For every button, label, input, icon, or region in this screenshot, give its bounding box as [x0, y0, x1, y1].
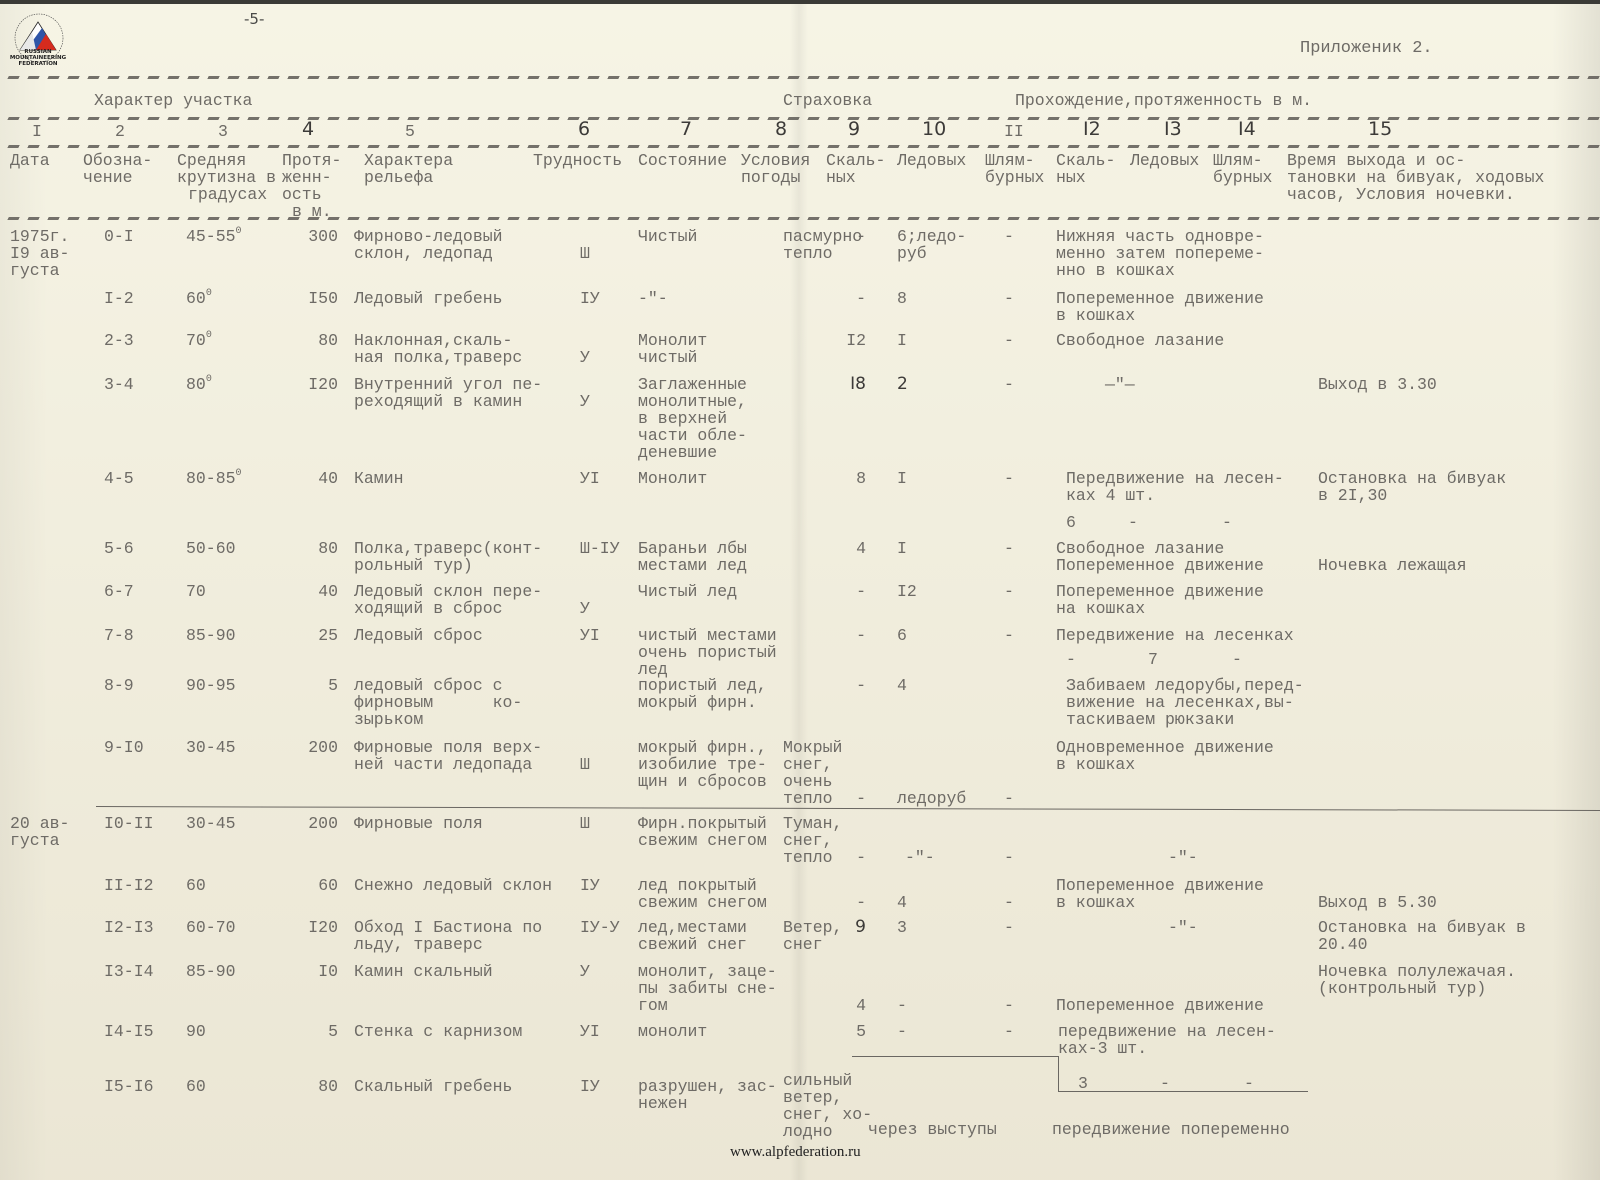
column-header: Трудность — [533, 152, 622, 169]
cell-rock-belay: 8 — [856, 470, 866, 487]
cell-ice-belay: - — [897, 997, 907, 1014]
day-separator — [96, 806, 1600, 811]
cell-length: I50 — [308, 290, 338, 307]
cell-relief: Фирново-ледовый — [354, 228, 503, 245]
cell-ice-belay: 3 — [897, 919, 907, 936]
cell-ice-belay: - — [897, 1023, 907, 1040]
cell-length: 5 — [328, 677, 338, 694]
cell-state: щин и сбросов — [638, 773, 767, 790]
cell-segment: 5-6 — [104, 540, 134, 557]
column-header: Время выхода и ос- — [1287, 152, 1465, 169]
dashed-rule — [7, 76, 1600, 79]
cell-rock-belay: - — [856, 790, 866, 807]
cell-date: I9 ав- — [10, 245, 69, 262]
cell-passage: Забиваем ледорубы,перед- — [1066, 677, 1304, 694]
cell-passage: передвижение на лесен- — [1058, 1023, 1276, 1040]
cell-passage-distance: - — [1244, 1075, 1254, 1092]
column-header: ость — [282, 186, 322, 203]
cell-ice-belay: I — [897, 540, 907, 557]
cell-segment: I0-II — [104, 815, 154, 832]
cell-passage: менно затем попереме- — [1056, 245, 1264, 262]
cell-state: гом — [638, 997, 668, 1014]
cell-rock-belay: 9 — [855, 917, 866, 937]
cell-passage: —"— — [1105, 376, 1135, 393]
cell-passage: ках-3 шт. — [1058, 1040, 1147, 1057]
column-header: женн- — [282, 169, 332, 186]
cell-difficulty: IУ-У — [580, 919, 620, 936]
cell-shlyamburnyh-belay: - — [1004, 376, 1014, 393]
cell-state: нежен — [638, 1095, 688, 1112]
cell-state: мокрый фирн., — [638, 739, 767, 756]
cell-difficulty: IУ — [580, 290, 600, 307]
cell-relief: Камин — [354, 470, 404, 487]
appendix-label: Приложеник 2. — [1300, 39, 1433, 58]
cell-weather: снег, — [783, 756, 833, 773]
column-header: чение — [83, 169, 133, 186]
cell-ice-belay: ледоруб — [897, 790, 966, 807]
cell-relief: реходящий в камин — [354, 393, 522, 410]
cell-passage: Свободное лазание — [1056, 332, 1224, 349]
cell-notes: в 2I,30 — [1318, 487, 1387, 504]
column-header: погоды — [741, 169, 800, 186]
cell-shlyamburnyh-belay: - — [1004, 849, 1014, 866]
cell-segment: I4-I5 — [104, 1023, 154, 1040]
cell-state: деневшие — [638, 444, 717, 461]
column-header: тановки на бивуак, ходовых — [1287, 169, 1544, 186]
cell-length: 40 — [318, 470, 338, 487]
cell-state: изобилие тре- — [638, 756, 767, 773]
cell-ice-belay: I — [897, 332, 907, 349]
column-number: 4 — [302, 118, 314, 140]
column-header: ных — [1056, 169, 1086, 186]
cell-angle: 60 — [186, 877, 206, 894]
cell-weather: снег — [783, 936, 823, 953]
cell-ice-belay: 2 — [897, 374, 908, 394]
cell-passage: Попеременное движение — [1056, 583, 1264, 600]
cell-difficulty: Ш — [580, 756, 590, 773]
cell-shlyamburnyh-belay: - — [1004, 1023, 1014, 1040]
column-header: Шлям- — [985, 152, 1035, 169]
cell-relief: зырьком — [354, 711, 423, 728]
cell-weather: сильный — [783, 1072, 852, 1089]
cell-ice-belay: 6;ледо- — [897, 228, 966, 245]
cell-weather: снег, — [783, 832, 833, 849]
column-number: I — [32, 123, 42, 140]
cell-rock-belay: 5 — [856, 1023, 866, 1040]
cell-angle: 800 — [186, 376, 212, 393]
cell-passage-distance: 7 — [1148, 651, 1158, 668]
group-header-belay: Страховка — [783, 92, 872, 109]
cell-difficulty: УI — [580, 627, 600, 644]
column-header: бурных — [1213, 169, 1272, 186]
cell-state: Фирн.покрытый — [638, 815, 767, 832]
cell-segment: I-2 — [104, 290, 134, 307]
column-header: градусах — [188, 186, 267, 203]
cell-shlyamburnyh-belay: - — [1004, 332, 1014, 349]
cell-weather: ветер, — [783, 1089, 842, 1106]
cell-ice-belay: I — [897, 470, 907, 487]
cell-relief: Стенка с карнизом — [354, 1023, 522, 1040]
cell-shlyamburnyh-belay: - — [1004, 790, 1014, 807]
cell-passage: Передвижение на лесенках — [1056, 627, 1294, 644]
column-number: 8 — [775, 118, 787, 140]
cell-passage: Попеременное движение — [1056, 877, 1264, 894]
column-header: Дата — [10, 152, 50, 169]
cell-notes: 20.40 — [1318, 936, 1368, 953]
cell-state: монолит — [638, 1023, 707, 1040]
cell-rock-belay: - — [856, 290, 866, 307]
column-number: 9 — [848, 118, 860, 140]
column-header: Характера — [364, 152, 453, 169]
cell-state: свежий снег — [638, 936, 747, 953]
column-header: Условия — [741, 152, 810, 169]
cell-length: 80 — [318, 1078, 338, 1095]
column-header: крутизна в — [177, 169, 276, 186]
cell-difficulty: У — [580, 393, 590, 410]
column-header: Скаль- — [826, 152, 885, 169]
cell-notes: (контрольный тур) — [1318, 980, 1486, 997]
cell-notes: Остановка на бивуак — [1318, 470, 1506, 487]
cell-passage: -"- — [1168, 919, 1198, 936]
cell-passage: Попеременное движение — [1056, 997, 1264, 1014]
cell-passage: Свободное лазание — [1056, 540, 1224, 557]
cell-length: 300 — [308, 228, 338, 245]
cell-passage-distance: - — [1066, 651, 1076, 668]
cell-ice-belay: I2 — [897, 583, 917, 600]
column-number: I2 — [1083, 118, 1101, 140]
cell-segment: 4-5 — [104, 470, 134, 487]
cell-difficulty: УI — [580, 470, 600, 487]
cell-state: лед,местами — [638, 919, 747, 936]
cell-shlyamburnyh-belay: - — [1004, 627, 1014, 644]
cell-state: пы забиты сне- — [638, 980, 777, 997]
column-header: рельефа — [364, 169, 433, 186]
cell-date: 1975г. — [10, 228, 69, 245]
cell-difficulty: Ш — [580, 815, 590, 832]
cell-weather: тепло — [783, 849, 833, 866]
logo-caption: RUSSIAN MOUNTAINEERING FEDERATION — [4, 49, 72, 67]
column-number: 2 — [115, 123, 125, 140]
cell-relief: Наклонная,скаль- — [354, 332, 512, 349]
cell-state: чистый местами — [638, 627, 777, 644]
cell-passage: ках 4 шт. — [1066, 487, 1155, 504]
cell-difficulty: Ш — [580, 245, 590, 262]
cell-state: в верхней — [638, 410, 727, 427]
cell-angle: 80-850 — [186, 470, 242, 487]
cell-relief: склон, ледопад — [354, 245, 493, 262]
column-header: в м. — [292, 203, 332, 220]
dashed-rule — [7, 145, 1600, 148]
cell-weather: очень — [783, 773, 833, 790]
page-number: -5- — [244, 10, 264, 28]
cell-length: 200 — [308, 815, 338, 832]
cell-relief: Фирновые поля — [354, 815, 483, 832]
cell-angle: 700 — [186, 332, 212, 349]
column-header: Протя- — [282, 152, 341, 169]
cell-state: монолит, заце- — [638, 963, 777, 980]
cell-angle: 85-90 — [186, 963, 236, 980]
cell-segment: I3-I4 — [104, 963, 154, 980]
column-header: Ледовых — [1130, 152, 1199, 169]
cell-weather: Туман, — [783, 815, 842, 832]
cell-angle: 45-550 — [186, 228, 242, 245]
cell-state: монолитные, — [638, 393, 747, 410]
cell-relief: ней части ледопада — [354, 756, 532, 773]
cell-rock-belay: - — [856, 677, 866, 694]
column-header: Ледовых — [897, 152, 966, 169]
cell-state: Монолит — [638, 332, 707, 349]
column-header: Состояние — [638, 152, 727, 169]
cell-rock-belay: I8 — [850, 374, 866, 394]
cell-relief: Фирновые поля верх- — [354, 739, 542, 756]
cell-weather: Мокрый — [783, 739, 842, 756]
cell-segment: II-I2 — [104, 877, 154, 894]
column-number: I3 — [1164, 118, 1182, 140]
cell-rock-belay: 4 — [856, 997, 866, 1014]
cell-weather: снег, хо- — [783, 1106, 872, 1123]
cell-notes: Остановка на бивуак в — [1318, 919, 1526, 936]
column-number: I4 — [1238, 118, 1256, 140]
cell-relief: Обход I Бастиона по — [354, 919, 542, 936]
cell-notes: Ночевка полулежачая. — [1318, 963, 1516, 980]
cell-passage: вижение на лесенках,вы- — [1066, 694, 1294, 711]
column-header: Шлям- — [1213, 152, 1263, 169]
cell-angle: 60-70 — [186, 919, 236, 936]
group-header-passage: Прохождение,протяженность в м. — [1015, 92, 1312, 109]
cell-length: 25 — [318, 627, 338, 644]
cell-relief: ходящий в сброс — [354, 600, 503, 617]
cell-angle: 90-95 — [186, 677, 236, 694]
cell-shlyamburnyh-belay: - — [1004, 583, 1014, 600]
cell-state: чистый — [638, 349, 697, 366]
degree-mark: 0 — [236, 226, 242, 237]
cell-relief: Ледовый сброс — [354, 627, 483, 644]
cell-shlyamburnyh-belay: - — [1004, 470, 1014, 487]
cell-notes: Ночевка лежащая — [1318, 557, 1467, 574]
annotation-line — [1058, 1091, 1308, 1092]
cell-rock-belay: - — [856, 583, 866, 600]
cell-segment: 2-3 — [104, 332, 134, 349]
cell-relief: Полка,траверс(конт- — [354, 540, 542, 557]
column-header: Средняя — [177, 152, 246, 169]
cell-state: лед покрытый — [638, 877, 757, 894]
cell-segment: 7-8 — [104, 627, 134, 644]
cell-angle: 50-60 — [186, 540, 236, 557]
cell-angle: 60 — [186, 1078, 206, 1095]
cell-passage: Попеременное движение — [1056, 557, 1264, 574]
cell-passage: в кошках — [1056, 756, 1135, 773]
column-number: 7 — [680, 118, 692, 140]
cell-weather: лодно — [783, 1123, 833, 1140]
cell-state: пористый лед, — [638, 677, 767, 694]
annotation-line — [1058, 1056, 1059, 1091]
cell-angle: 85-90 — [186, 627, 236, 644]
cell-state: свежим снегом — [638, 832, 767, 849]
cell-passage: на кошках — [1056, 600, 1145, 617]
cell-ice-belay: 4 — [897, 677, 907, 694]
cell-date: 20 ав- — [10, 815, 69, 832]
cell-length: 5 — [328, 1023, 338, 1040]
cell-state: Чистый — [638, 228, 697, 245]
annotation-line — [852, 1056, 1058, 1057]
cell-length: 200 — [308, 739, 338, 756]
cell-state: свежим снегом — [638, 894, 767, 911]
degree-mark: 0 — [206, 374, 212, 385]
cell-ice-belay: через выступы — [868, 1121, 997, 1138]
cell-segment: I2-I3 — [104, 919, 154, 936]
cell-shlyamburnyh-belay: - — [1004, 540, 1014, 557]
dashed-rule — [7, 217, 1600, 220]
cell-passage: -"- — [1168, 849, 1198, 866]
group-header-section: Характер участка — [94, 92, 252, 109]
column-header: Обозна- — [83, 152, 152, 169]
cell-segment: 3-4 — [104, 376, 134, 393]
cell-state: Заглаженные — [638, 376, 747, 393]
cell-weather: Ветер, — [783, 919, 842, 936]
cell-weather: пасмурно — [783, 228, 862, 245]
cell-segment: 0-I — [104, 228, 134, 245]
cell-length: I20 — [308, 919, 338, 936]
cell-passage: Нижняя часть одновре- — [1056, 228, 1264, 245]
cell-angle: 90 — [186, 1023, 206, 1040]
dashed-rule — [7, 117, 1600, 120]
cell-relief: Внутренний угол пе- — [354, 376, 542, 393]
cell-difficulty: УI — [580, 1023, 600, 1040]
cell-passage-distance: 3 — [1078, 1075, 1088, 1092]
degree-mark: 0 — [206, 330, 212, 341]
cell-rock-belay: - — [856, 849, 866, 866]
document-page: RUSSIAN MOUNTAINEERING FEDERATION -5- Пр… — [0, 4, 1600, 1180]
cell-state: Монолит — [638, 470, 707, 487]
cell-angle: 600 — [186, 290, 212, 307]
cell-shlyamburnyh-belay: - — [1004, 894, 1014, 911]
cell-notes: Выход в 5.30 — [1318, 894, 1437, 911]
cell-relief: Камин скальный — [354, 963, 493, 980]
cell-ice-belay: 4 — [897, 894, 907, 911]
cell-difficulty: У — [580, 349, 590, 366]
logo-line: FEDERATION — [4, 61, 72, 67]
cell-relief: Снежно ледовый склон — [354, 877, 552, 894]
cell-passage-distance: - — [1232, 651, 1242, 668]
cell-rock-belay: 4 — [856, 540, 866, 557]
cell-passage: Одновременное движение — [1056, 739, 1274, 756]
cell-difficulty: Ш-IУ — [580, 540, 620, 557]
cell-shlyamburnyh-belay: - — [1004, 919, 1014, 936]
cell-weather: тепло — [783, 245, 833, 262]
cell-relief: фирновым ко- — [354, 694, 522, 711]
cell-state: Бараньи лбы — [638, 540, 747, 557]
cell-passage-distance: - — [1128, 514, 1138, 531]
cell-difficulty: У — [580, 600, 590, 617]
column-number: 3 — [218, 123, 228, 140]
cell-segment: 6-7 — [104, 583, 134, 600]
cell-passage: в кошках — [1056, 894, 1135, 911]
cell-passage: в кошках — [1056, 307, 1135, 324]
column-header: Скаль- — [1056, 152, 1115, 169]
footer-url: www.alpfederation.ru — [730, 1144, 861, 1161]
cell-angle: 30-45 — [186, 739, 236, 756]
cell-shlyamburnyh-belay: - — [1004, 997, 1014, 1014]
cell-ice-belay: руб — [897, 245, 927, 262]
cell-relief: Скальный гребень — [354, 1078, 512, 1095]
cell-passage: нно в кошках — [1056, 262, 1175, 279]
column-number: 5 — [405, 123, 415, 140]
cell-rock-belay: I2 — [846, 332, 866, 349]
cell-relief: Ледовый гребень — [354, 290, 503, 307]
cell-rock-belay: - — [856, 228, 866, 245]
cell-state: -"- — [638, 290, 668, 307]
cell-segment: 8-9 — [104, 677, 134, 694]
cell-relief: ная полка,траверс — [354, 349, 522, 366]
cell-relief: Ледовый склон пере- — [354, 583, 542, 600]
cell-shlyamburnyh-belay: - — [1004, 290, 1014, 307]
cell-ice-belay: -"- — [905, 849, 935, 866]
degree-mark: 0 — [206, 288, 212, 299]
column-number: 10 — [922, 118, 946, 140]
cell-notes: Выход в 3.30 — [1318, 376, 1437, 393]
cell-date: густа — [10, 262, 60, 279]
cell-state: разрушен, зас- — [638, 1078, 777, 1095]
cell-rock-belay: - — [856, 627, 866, 644]
cell-difficulty: У — [580, 963, 590, 980]
column-number: 15 — [1368, 118, 1392, 140]
cell-weather: тепло — [783, 790, 833, 807]
cell-passage: передвижение попеременно — [1052, 1121, 1290, 1138]
cell-relief: льду, траверс — [354, 936, 483, 953]
cell-difficulty: IУ — [580, 877, 600, 894]
column-number: 6 — [578, 118, 590, 140]
cell-ice-belay: 6 — [897, 627, 907, 644]
cell-length: 80 — [318, 332, 338, 349]
cell-passage-distance: - — [1222, 514, 1232, 531]
cell-length: I0 — [318, 963, 338, 980]
cell-date: густа — [10, 832, 60, 849]
column-header: бурных — [985, 169, 1044, 186]
cell-rock-belay: - — [856, 894, 866, 911]
cell-passage-distance: 6 — [1066, 514, 1076, 531]
cell-state: Чистый лед — [638, 583, 737, 600]
cell-passage-distance: - — [1160, 1075, 1170, 1092]
cell-segment: I5-I6 — [104, 1078, 154, 1095]
cell-length: I20 — [308, 376, 338, 393]
cell-state: местами лед — [638, 557, 747, 574]
cell-segment: 9-I0 — [104, 739, 144, 756]
column-header: часов, Условия ночевки. — [1287, 186, 1515, 203]
cell-passage: Передвижение на лесен- — [1066, 470, 1284, 487]
cell-shlyamburnyh-belay: - — [1004, 228, 1014, 245]
cell-angle: 70 — [186, 583, 206, 600]
column-number: II — [1004, 123, 1024, 140]
cell-difficulty: IУ — [580, 1078, 600, 1095]
cell-passage: таскиваем рюкзаки — [1066, 711, 1234, 728]
column-header: ных — [826, 169, 856, 186]
cell-relief: рольный тур) — [354, 557, 473, 574]
cell-state: очень пористый — [638, 644, 777, 661]
cell-state: части обле- — [638, 427, 747, 444]
cell-state: мокрый фирн. — [638, 694, 757, 711]
cell-ice-belay: 8 — [897, 290, 907, 307]
cell-relief: ледовый сброс с — [354, 677, 503, 694]
cell-length: 40 — [318, 583, 338, 600]
cell-passage: Попеременное движение — [1056, 290, 1264, 307]
degree-mark: 0 — [236, 468, 242, 479]
cell-length: 60 — [318, 877, 338, 894]
cell-angle: 30-45 — [186, 815, 236, 832]
cell-length: 80 — [318, 540, 338, 557]
